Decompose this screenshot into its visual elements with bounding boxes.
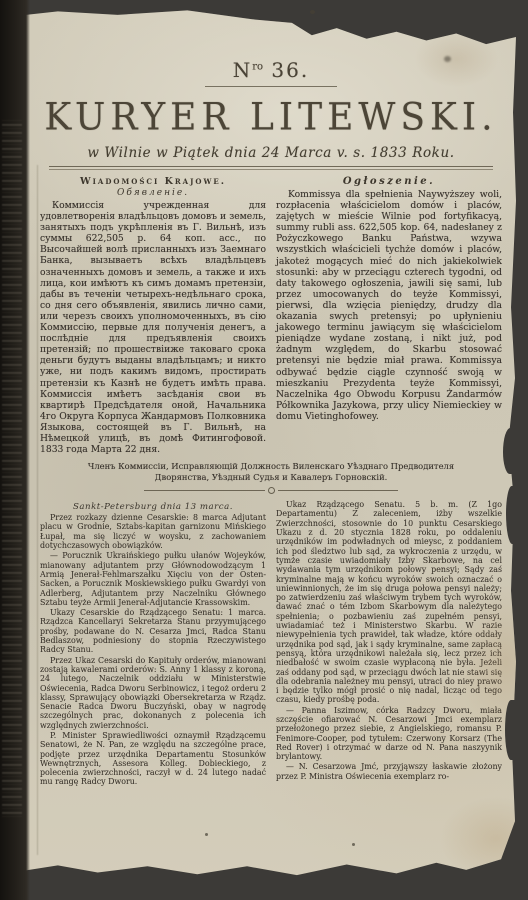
section-announcements: Wiadomości Krajowe. Обявленіе. Коммиссія… [40,176,502,455]
torn-edge-right [503,428,517,474]
announcement-text-polish: Kommissya dla spełnienia Naywyższey woli… [276,189,502,422]
newspaper-title: KURYER LITEWSKI. [40,96,502,139]
issue-superscript: ro [252,61,263,72]
torn-edge-right [505,700,517,760]
header-ogloszenie: Ogłoszenie. [276,176,502,187]
news-paragraph: Przez rozkazy dzienne Cesarskie: 8 marca… [40,513,266,550]
section-news: Sankt-Petersburg dnia 13 marca. Przez ro… [40,500,502,788]
issue-underline [205,86,337,87]
issue-value: 36. [271,58,309,82]
newspaper-page: Nro 36. KURYER LITEWSKI. w Wilnie w Piąt… [18,6,516,892]
news-paragraph: — N. Cesarzowa Jmć, przyjąwszy łaskawie … [276,762,502,781]
divider-rule-bottom [49,169,493,170]
news-paragraph: Ukazy Cesarskie do Rządzącego Senatu: 1 … [40,608,266,654]
column-petersburg-news: Sankt-Petersburg dnia 13 marca. Przez ro… [40,500,266,788]
ink-speck [444,56,451,62]
ink-speck [352,843,355,846]
column-russian-announcement: Wiadomości Krajowe. Обявленіе. Коммиссія… [40,176,266,455]
news-paragraph: Ukaz Rządzącego Senatu. 5 b. m. (Z 1go D… [276,500,502,705]
issue-prefix: N [233,58,253,82]
ornament-divider [144,487,398,494]
masthead: Nro 36. KURYER LITEWSKI. w Wilnie w Piąt… [40,58,502,170]
ink-speck [205,833,208,836]
ink-speck [310,10,315,14]
ornament-rule-left [144,490,265,491]
news-paragraph: — Panna Iszimow, córka Radzcy Dworu, mia… [276,706,502,762]
header-wiadomosci-krajowe: Wiadomości Krajowe. [40,176,266,187]
petersburg-dateline: Sankt-Petersburg dnia 13 marca. [40,502,266,512]
masthead-divider [49,166,493,170]
divider-rule-top [49,166,493,167]
column-polish-announcement: Ogłoszenie. Kommissya dla spełnienia Nay… [276,176,502,455]
subheader-obyavlenie: Обявленіе. [40,188,266,198]
news-paragraph: — Porucznik Ukraińskiego pułku ułanów Wo… [40,551,266,607]
commission-signature: Членъ Коммиссіи, Исправляющій Должность … [72,461,469,482]
scan-background: Nro 36. KURYER LITEWSKI. w Wilnie w Piąt… [0,0,528,900]
dateline: w Wilnie w Piątek dnia 24 Marca v. s. 18… [40,145,502,161]
torn-edge-right [506,486,518,544]
fold-crease [37,165,38,855]
ornament-knot-icon [268,487,275,494]
column-senate-ukaz: Ukaz Rządzącego Senatu. 5 b. m. (Z 1go D… [276,500,502,788]
issue-number: Nro 36. [40,58,502,82]
announcement-text-russian: Коммиссія учрежденная для удовлетворенія… [40,200,266,455]
news-paragraph: Przez Ukaz Cesarski do Kapituły orderów,… [40,656,266,730]
ornament-rule-right [278,490,399,491]
news-paragraph: P. Minister Sprawiedliwości oznaymił Rzą… [40,731,266,787]
